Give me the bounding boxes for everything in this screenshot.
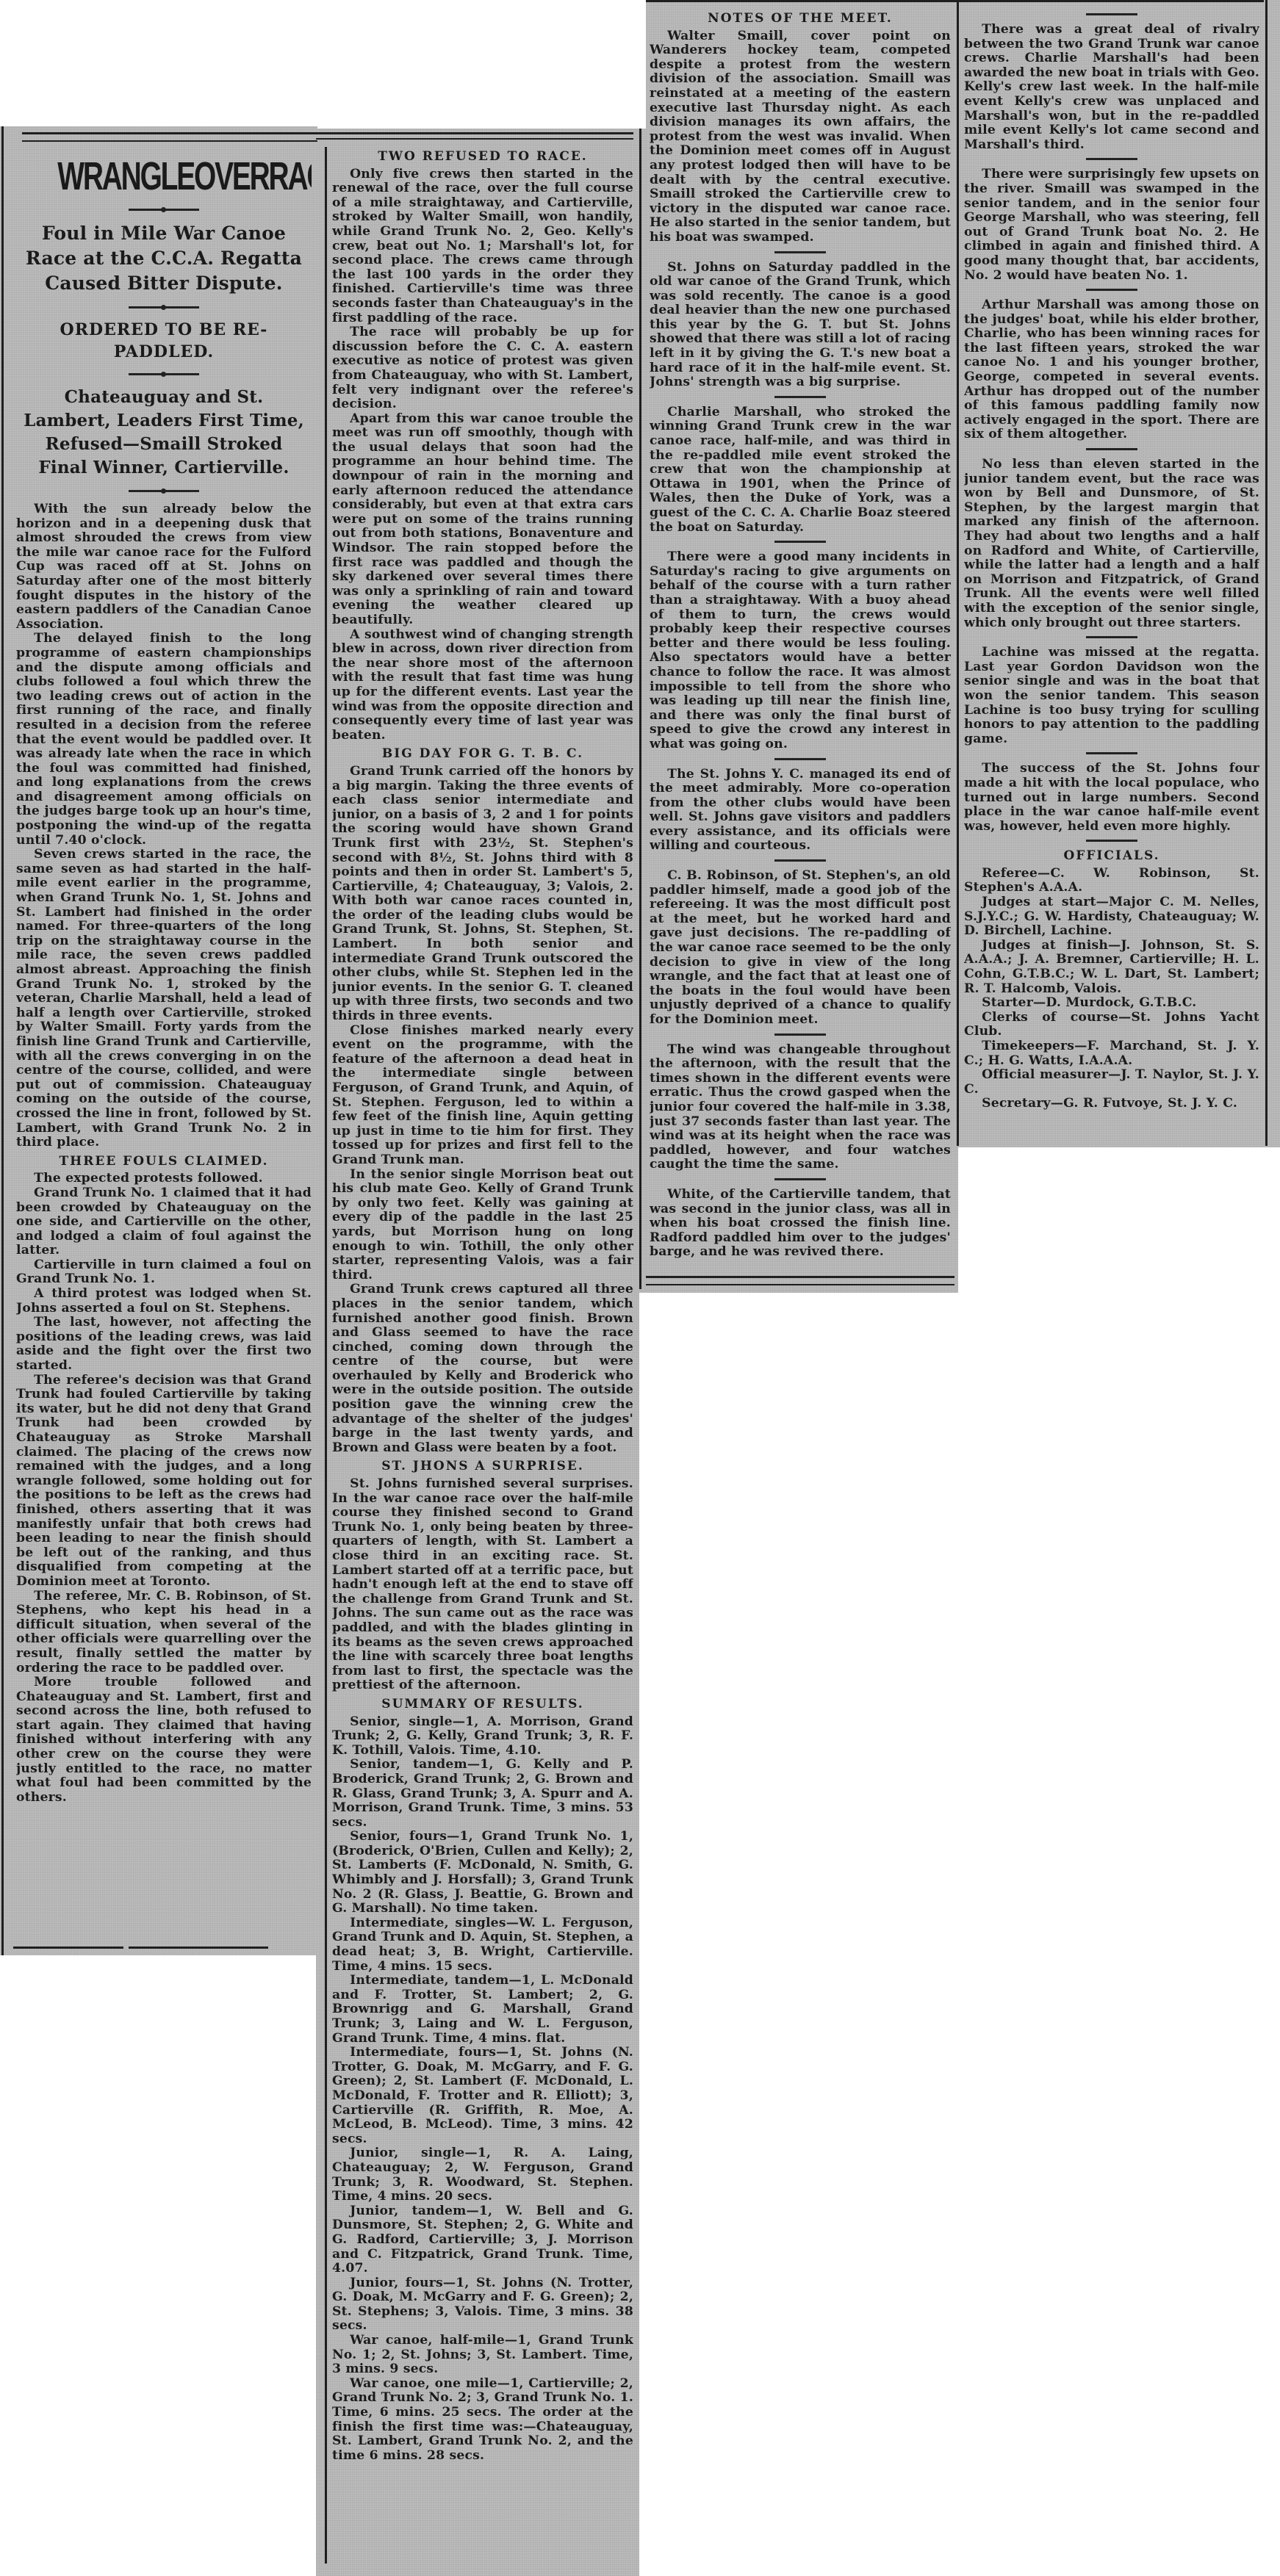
- dash-divider: [774, 758, 826, 760]
- official-entry: Judges at start—Major C. M. Nelles, S.J.…: [964, 895, 1259, 939]
- result-item: Junior, tandem—1, W. Bell and G. Dunsmor…: [332, 2204, 633, 2276]
- subhead-three-fouls: THREE FOULS CLAIMED.: [16, 1155, 312, 1169]
- bottom-rule-col-3: [646, 1276, 954, 1278]
- subhead-summary-of-results: SUMMARY OF RESULTS.: [332, 1698, 633, 1712]
- dash-divider: [1086, 289, 1137, 291]
- paragraph: Grand Trunk No. 1 claimed that it had be…: [16, 1186, 312, 1258]
- column-3: NOTES OF THE MEET. Walter Smaill, cover …: [650, 7, 951, 1274]
- official-entry: Referee—C. W. Robinson, St. Stephen's A.…: [964, 867, 1259, 895]
- dash-divider: [1086, 158, 1137, 160]
- top-rule-col-1: [22, 132, 317, 134]
- note-paragraph: There were a good many incidents in Satu…: [650, 550, 951, 751]
- result-item: Junior, fours—1, St. Johns (N. Trotter, …: [332, 2276, 633, 2334]
- column-1: WRANGLEOVERRACE Foul in Mile War Canoe R…: [16, 147, 312, 1939]
- ornament-divider: [129, 490, 199, 492]
- official-entry: Clerks of course—St. Johns Yacht Club.: [964, 1011, 1259, 1039]
- paragraph: The last, however, not affecting the pos…: [16, 1316, 312, 1373]
- top-rule-col-4: [955, 0, 1264, 2]
- subhead-st-johns-surprise: ST. JHONS A SURPRISE.: [332, 1460, 633, 1474]
- officials-list: Referee—C. W. Robinson, St. Stephen's A.…: [964, 867, 1259, 1111]
- dash-divider: [1086, 752, 1137, 754]
- dash-divider: [1086, 636, 1137, 638]
- bottom-rule-col-1a: [13, 1947, 123, 1949]
- subhead-officials: OFFICIALS.: [964, 849, 1259, 864]
- column-rule-3-4: [957, 0, 959, 1146]
- dash-divider: [774, 1178, 826, 1180]
- paragraph: In the senior single Morrison beat out h…: [332, 1168, 633, 1283]
- note-paragraph: Charlie Marshall, who stroked the winnin…: [650, 405, 951, 535]
- deck-1: Foul in Mile War Canoe Race at the C.C.A…: [22, 221, 306, 296]
- result-item: War canoe, half-mile—1, Grand Trunk No. …: [332, 2334, 633, 2377]
- column-2: TWO REFUSED TO RACE. Only five crews the…: [332, 145, 633, 2571]
- note-paragraph: Arthur Marshall was among those on the j…: [964, 298, 1259, 442]
- left-border-col-1: [1, 126, 4, 1955]
- ornament-divider: [129, 209, 199, 211]
- top-rule-col-3: [646, 0, 958, 2]
- note-paragraph: St. Johns on Saturday paddled in the old…: [650, 261, 951, 390]
- dash-divider: [774, 251, 826, 253]
- note-paragraph: C. B. Robinson, of St. Stephen's, an old…: [650, 869, 951, 1028]
- result-item: Junior, single—1, R. A. Laing, Chateaugu…: [332, 2146, 633, 2204]
- note-paragraph: Lachine was missed at the regatta. Last …: [964, 646, 1259, 746]
- subhead-notes-of-the-meet: NOTES OF THE MEET.: [650, 12, 951, 26]
- official-entry: Starter—D. Murdock, G.T.B.C.: [964, 996, 1259, 1011]
- top-rule-col-2b: [316, 138, 633, 140]
- ornament-divider: [129, 373, 199, 375]
- bottom-rule-col-1b: [129, 1947, 268, 1949]
- body-paragraphs: With the sun already below the horizon a…: [16, 502, 312, 1150]
- result-item: Senior, tandem—1, G. Kelly and P. Broder…: [332, 1758, 633, 1830]
- deck-2: ORDERED TO BE RE-PADDLED.: [16, 319, 312, 363]
- dash-divider: [774, 541, 826, 543]
- paragraph: Apart from this war canoe trouble the me…: [332, 412, 633, 628]
- dash-divider: [1086, 13, 1137, 15]
- official-entry: Judges at finish—J. Johnson, St. S. A.A.…: [964, 939, 1259, 996]
- note-paragraph: The St. Johns Y. C. managed its end of t…: [650, 768, 951, 854]
- note-paragraph: There were surprisingly few upsets on th…: [964, 167, 1259, 283]
- paragraph: The referee, Mr. C. B. Robinson, of St. …: [16, 1590, 312, 1676]
- official-entry: Official measurer—J. T. Naylor, St. J. Y…: [964, 1068, 1259, 1097]
- result-item: Intermediate, fours—1, St. Johns (N. Tro…: [332, 2046, 633, 2146]
- paragraph: Grand Trunk carried off the honors by a …: [332, 765, 633, 1024]
- ornament-divider: [129, 306, 199, 309]
- note-paragraph: Walter Smaill, cover point on Wanderers …: [650, 29, 951, 245]
- paragraph: More trouble followed and Chateauguay an…: [16, 1675, 312, 1805]
- note-paragraph: There was a great deal of rivalry betwee…: [964, 23, 1259, 152]
- note-paragraph: No less than eleven started in the junio…: [964, 458, 1259, 630]
- result-item: War canoe, one mile—1, Cartierville; 2, …: [332, 2377, 633, 2464]
- paragraph: Cartierville in turn claimed a foul on G…: [16, 1258, 312, 1287]
- column-rule-4-5: [1265, 0, 1268, 1146]
- paragraph: Only five crews then started in the rene…: [332, 167, 633, 326]
- deck-3: Chateauguay and St. Lambert, Leaders Fir…: [24, 386, 304, 480]
- paragraph: A southwest wind of changing strength bl…: [332, 628, 633, 743]
- paragraph: A third protest was lodged when St. John…: [16, 1287, 312, 1316]
- note-paragraph: The success of the St. Johns four made a…: [964, 762, 1259, 834]
- dash-divider: [1086, 448, 1137, 450]
- paragraph: St. Johns furnished several surprises. I…: [332, 1477, 633, 1693]
- column-rule-2-3: [639, 129, 641, 1289]
- column-rule-1-2: [325, 147, 327, 2564]
- column-4: There was a great deal of rivalry betwee…: [964, 7, 1259, 1142]
- result-item: Intermediate, tandem—1, L. McDonald and …: [332, 1974, 633, 2046]
- note-paragraph: The wind was changeable throughout the a…: [650, 1043, 951, 1172]
- paragraph: The race will probably be up for discuss…: [332, 325, 633, 412]
- official-entry: Timekeepers—F. Marchand, St. J. Y. C.; H…: [964, 1039, 1259, 1068]
- paragraph: The delayed finish to the long programme…: [16, 632, 312, 848]
- result-item: Intermediate, singles—W. L. Ferguson, Gr…: [332, 1916, 633, 1974]
- result-item: Senior, single—1, A. Morrison, Grand Tru…: [332, 1715, 633, 1758]
- official-entry: Secretary—G. R. Futvoye, St. J. Y. C.: [964, 1097, 1259, 1111]
- subhead-big-day: BIG DAY FOR G. T. B. C.: [332, 747, 633, 762]
- paragraph: The expected protests followed.: [16, 1172, 312, 1186]
- result-item: Senior, fours—1, Grand Trunk No. 1, (Bro…: [332, 1830, 633, 1916]
- dash-divider: [1086, 840, 1137, 842]
- top-rule-col-2: [316, 132, 633, 134]
- paragraph: With the sun already below the horizon a…: [16, 502, 312, 632]
- paragraph: Close finishes marked nearly every event…: [332, 1024, 633, 1168]
- headline: WRANGLEOVERRACE: [57, 154, 270, 198]
- dash-divider: [774, 1033, 826, 1036]
- bottom-rule-col-3b: [646, 1284, 954, 1285]
- dash-divider: [774, 396, 826, 398]
- subhead-two-refused: TWO REFUSED TO RACE.: [332, 150, 633, 165]
- paragraph: Grand Trunk crews captured all three pla…: [332, 1282, 633, 1455]
- paragraph: Seven crews started in the race, the sam…: [16, 848, 312, 1150]
- top-rule-col-1b: [22, 140, 317, 142]
- results-list: Senior, single—1, A. Morrison, Grand Tru…: [332, 1715, 633, 2464]
- paragraph: The referee's decision was that Grand Tr…: [16, 1374, 312, 1590]
- note-paragraph: White, of the Cartierville tandem, that …: [650, 1188, 951, 1260]
- dash-divider: [774, 859, 826, 862]
